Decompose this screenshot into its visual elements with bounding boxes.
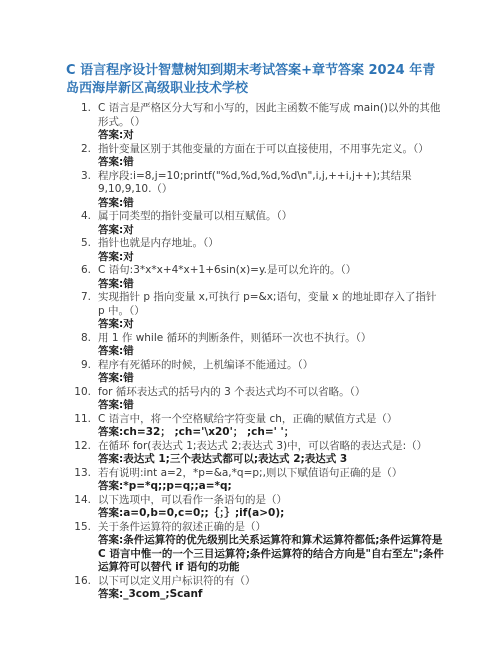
list-item: 16. 以下可以定义用户标识符的有（） 答案:_3com_;Scanf (66, 575, 444, 602)
item-number: 5. (66, 237, 98, 251)
list-item: 9. 程序有死循环的时候，上机编译不能通过。（） 答案:错 (66, 359, 444, 386)
answer-text: 答案:对 (98, 129, 444, 143)
list-item: 13. 若有说明:int a=2，*p=&a,*q=p;,则以下赋值语句正确的是… (66, 467, 444, 494)
question-text: 指针变量区别于其他变量的方面在于可以直接使用，不用事先定义。（） (98, 143, 444, 157)
question-text: 程序有死循环的时候，上机编译不能通过。（） (98, 359, 444, 373)
item-number: 7. (66, 291, 98, 305)
list-item: 2. 指针变量区别于其他变量的方面在于可以直接使用，不用事先定义。（） 答案:错 (66, 143, 444, 170)
answer-text: 答案:错 (98, 372, 444, 386)
list-item: 12. 在循环 for(表达式 1;表达式 2;表达式 3)中，可以省略的表达式… (66, 440, 444, 467)
answer-text: 答案:对 (98, 318, 444, 332)
question-text: C 语言是严格区分大写和小写的，因此主函数不能写成 main()以外的其他形式。… (98, 102, 444, 129)
question-text: 指针也就是内存地址。（） (98, 237, 444, 251)
list-item: 14. 以下选项中，可以看作一条语句的是（） 答案:a=0,b=0,c=0;;｛… (66, 494, 444, 521)
answer-text: 答案:错 (98, 278, 444, 292)
document-title: C 语言程序设计智慧树知到期末考试答案+章节答案 2024 年青岛西海岸新区高级… (66, 62, 444, 97)
item-number: 2. (66, 143, 98, 157)
item-number: 11. (66, 413, 98, 427)
answer-text: 答案:对 (98, 224, 444, 238)
list-item: 4. 属于同类型的指针变量可以相互赋值。（） 答案:对 (66, 210, 444, 237)
list-item: 6. C 语句:3*x*x+4*x+1+6sin(x)=y.是可以允许的。（） … (66, 264, 444, 291)
item-number: 12. (66, 440, 98, 454)
list-item: 3. 程序段:i=8,j=10;printf("%d,%d,%d,%d\n",i… (66, 170, 444, 211)
item-number: 1. (66, 102, 98, 116)
answer-text: 答案:a=0,b=0,c=0;;｛；｝;if(a>0); (98, 507, 444, 521)
list-item: 15. 关于条件运算符的叙述正确的是（） 答案:条件运算符的优先级别比关系运算符… (66, 521, 444, 575)
question-text: 用 1 作 while 循环的判断条件，则循环一次也不执行。（） (98, 332, 444, 346)
item-number: 10. (66, 386, 98, 400)
list-item: 8. 用 1 作 while 循环的判断条件，则循环一次也不执行。（） 答案:错 (66, 332, 444, 359)
question-text: C 语言中，将一个空格赋给字符变量 ch，正确的赋值方式是（） (98, 413, 444, 427)
question-text: 关于条件运算符的叙述正确的是（） (98, 521, 444, 535)
question-text: 程序段:i=8,j=10;printf("%d,%d,%d,%d\n",i,j,… (98, 170, 444, 197)
question-text: 以下选项中，可以看作一条语句的是（） (98, 494, 444, 508)
answer-text: 答案:错 (98, 197, 444, 211)
question-text: for 循环表达式的括号内的 3 个表达式均不可以省略。（） (98, 386, 444, 400)
answer-text: 答案:错 (98, 345, 444, 359)
answer-text: 答案:表达式 1;三个表达式都可以;表达式 2;表达式 3 (98, 453, 444, 467)
question-text: 若有说明:int a=2，*p=&a,*q=p;,则以下赋值语句正确的是（） (98, 467, 444, 481)
document-page: C 语言程序设计智慧树知到期末考试答案+章节答案 2024 年青岛西海岸新区高级… (0, 0, 500, 647)
item-number: 9. (66, 359, 98, 373)
answer-text: 答案:_3com_;Scanf (98, 588, 444, 602)
item-number: 6. (66, 264, 98, 278)
answer-text: 答案:ch=32； ;ch='\x20'； ;ch=' '； (98, 426, 444, 440)
item-number: 8. (66, 332, 98, 346)
item-number: 15. (66, 521, 98, 535)
item-number: 14. (66, 494, 98, 508)
question-text: C 语句:3*x*x+4*x+1+6sin(x)=y.是可以允许的。（） (98, 264, 444, 278)
question-list: 1. C 语言是严格区分大写和小写的，因此主函数不能写成 main()以外的其他… (66, 102, 444, 602)
question-text: 以下可以定义用户标识符的有（） (98, 575, 444, 589)
question-text: 在循环 for(表达式 1;表达式 2;表达式 3)中，可以省略的表达式是:（） (98, 440, 444, 454)
list-item: 10. for 循环表达式的括号内的 3 个表达式均不可以省略。（） 答案:错 (66, 386, 444, 413)
list-item: 5. 指针也就是内存地址。（） 答案:对 (66, 237, 444, 264)
answer-text: 答案:对 (98, 251, 444, 265)
item-number: 4. (66, 210, 98, 224)
question-text: 属于同类型的指针变量可以相互赋值。（） (98, 210, 444, 224)
item-number: 3. (66, 170, 98, 184)
answer-text: 答案:*p=*q;;p=q;;a=*q; (98, 480, 444, 494)
answer-text: 答案:错 (98, 156, 444, 170)
answer-text: 答案:错 (98, 399, 444, 413)
item-number: 13. (66, 467, 98, 481)
answer-text: 答案:条件运算符的优先级别比关系运算符和算术运算符都低;条件运算符是 C 语言中… (98, 534, 444, 575)
item-number: 16. (66, 575, 98, 589)
question-text: 实现指针 p 指向变量 x,可执行 p=&x;语句，变量 x 的地址即存入了指针… (98, 291, 444, 318)
list-item: 7. 实现指针 p 指向变量 x,可执行 p=&x;语句，变量 x 的地址即存入… (66, 291, 444, 332)
list-item: 1. C 语言是严格区分大写和小写的，因此主函数不能写成 main()以外的其他… (66, 102, 444, 143)
list-item: 11. C 语言中，将一个空格赋给字符变量 ch，正确的赋值方式是（） 答案:c… (66, 413, 444, 440)
